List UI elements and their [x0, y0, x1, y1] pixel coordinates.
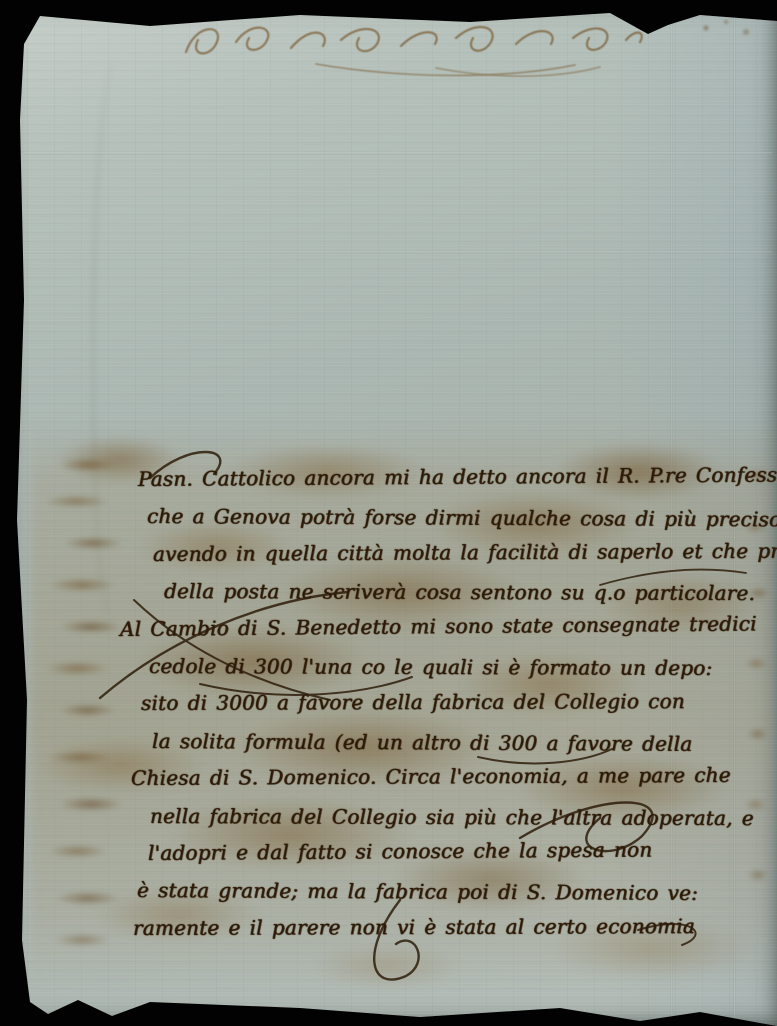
ink-spots [690, 12, 770, 52]
manuscript-line: Pasn. Cattolico ancora mi ha detto ancor… [138, 457, 777, 499]
letter-body: Pasn. Cattolico ancora mi ha detto ancor… [0, 461, 777, 947]
manuscript-line: Al Cambio di S. Benedetto mi sono state … [120, 605, 777, 648]
manuscript-line: sito di 3000 a favore della fabrica del … [141, 683, 777, 723]
manuscript-line: è stata grande; ma la fabrica poi di S. … [137, 872, 777, 913]
manuscript-line: avendo in quella città molta la facilità… [153, 533, 777, 574]
manuscript-line: l'adopri e dal fatto si conosce che la s… [148, 831, 777, 873]
ghost-docket-script [178, 10, 648, 82]
manuscript-line: ramente e il parere non vi è stata al ce… [133, 907, 777, 947]
manuscript-line: cedole di 300 l'una co le quali si è for… [149, 648, 777, 688]
manuscript-line: Chiesa di S. Domenico. Circa l'economia,… [131, 757, 777, 798]
manuscript-page: Pasn. Cattolico ancora mi ha detto ancor… [0, 0, 777, 1026]
scanner-background: Pasn. Cattolico ancora mi ha detto ancor… [0, 0, 777, 1026]
